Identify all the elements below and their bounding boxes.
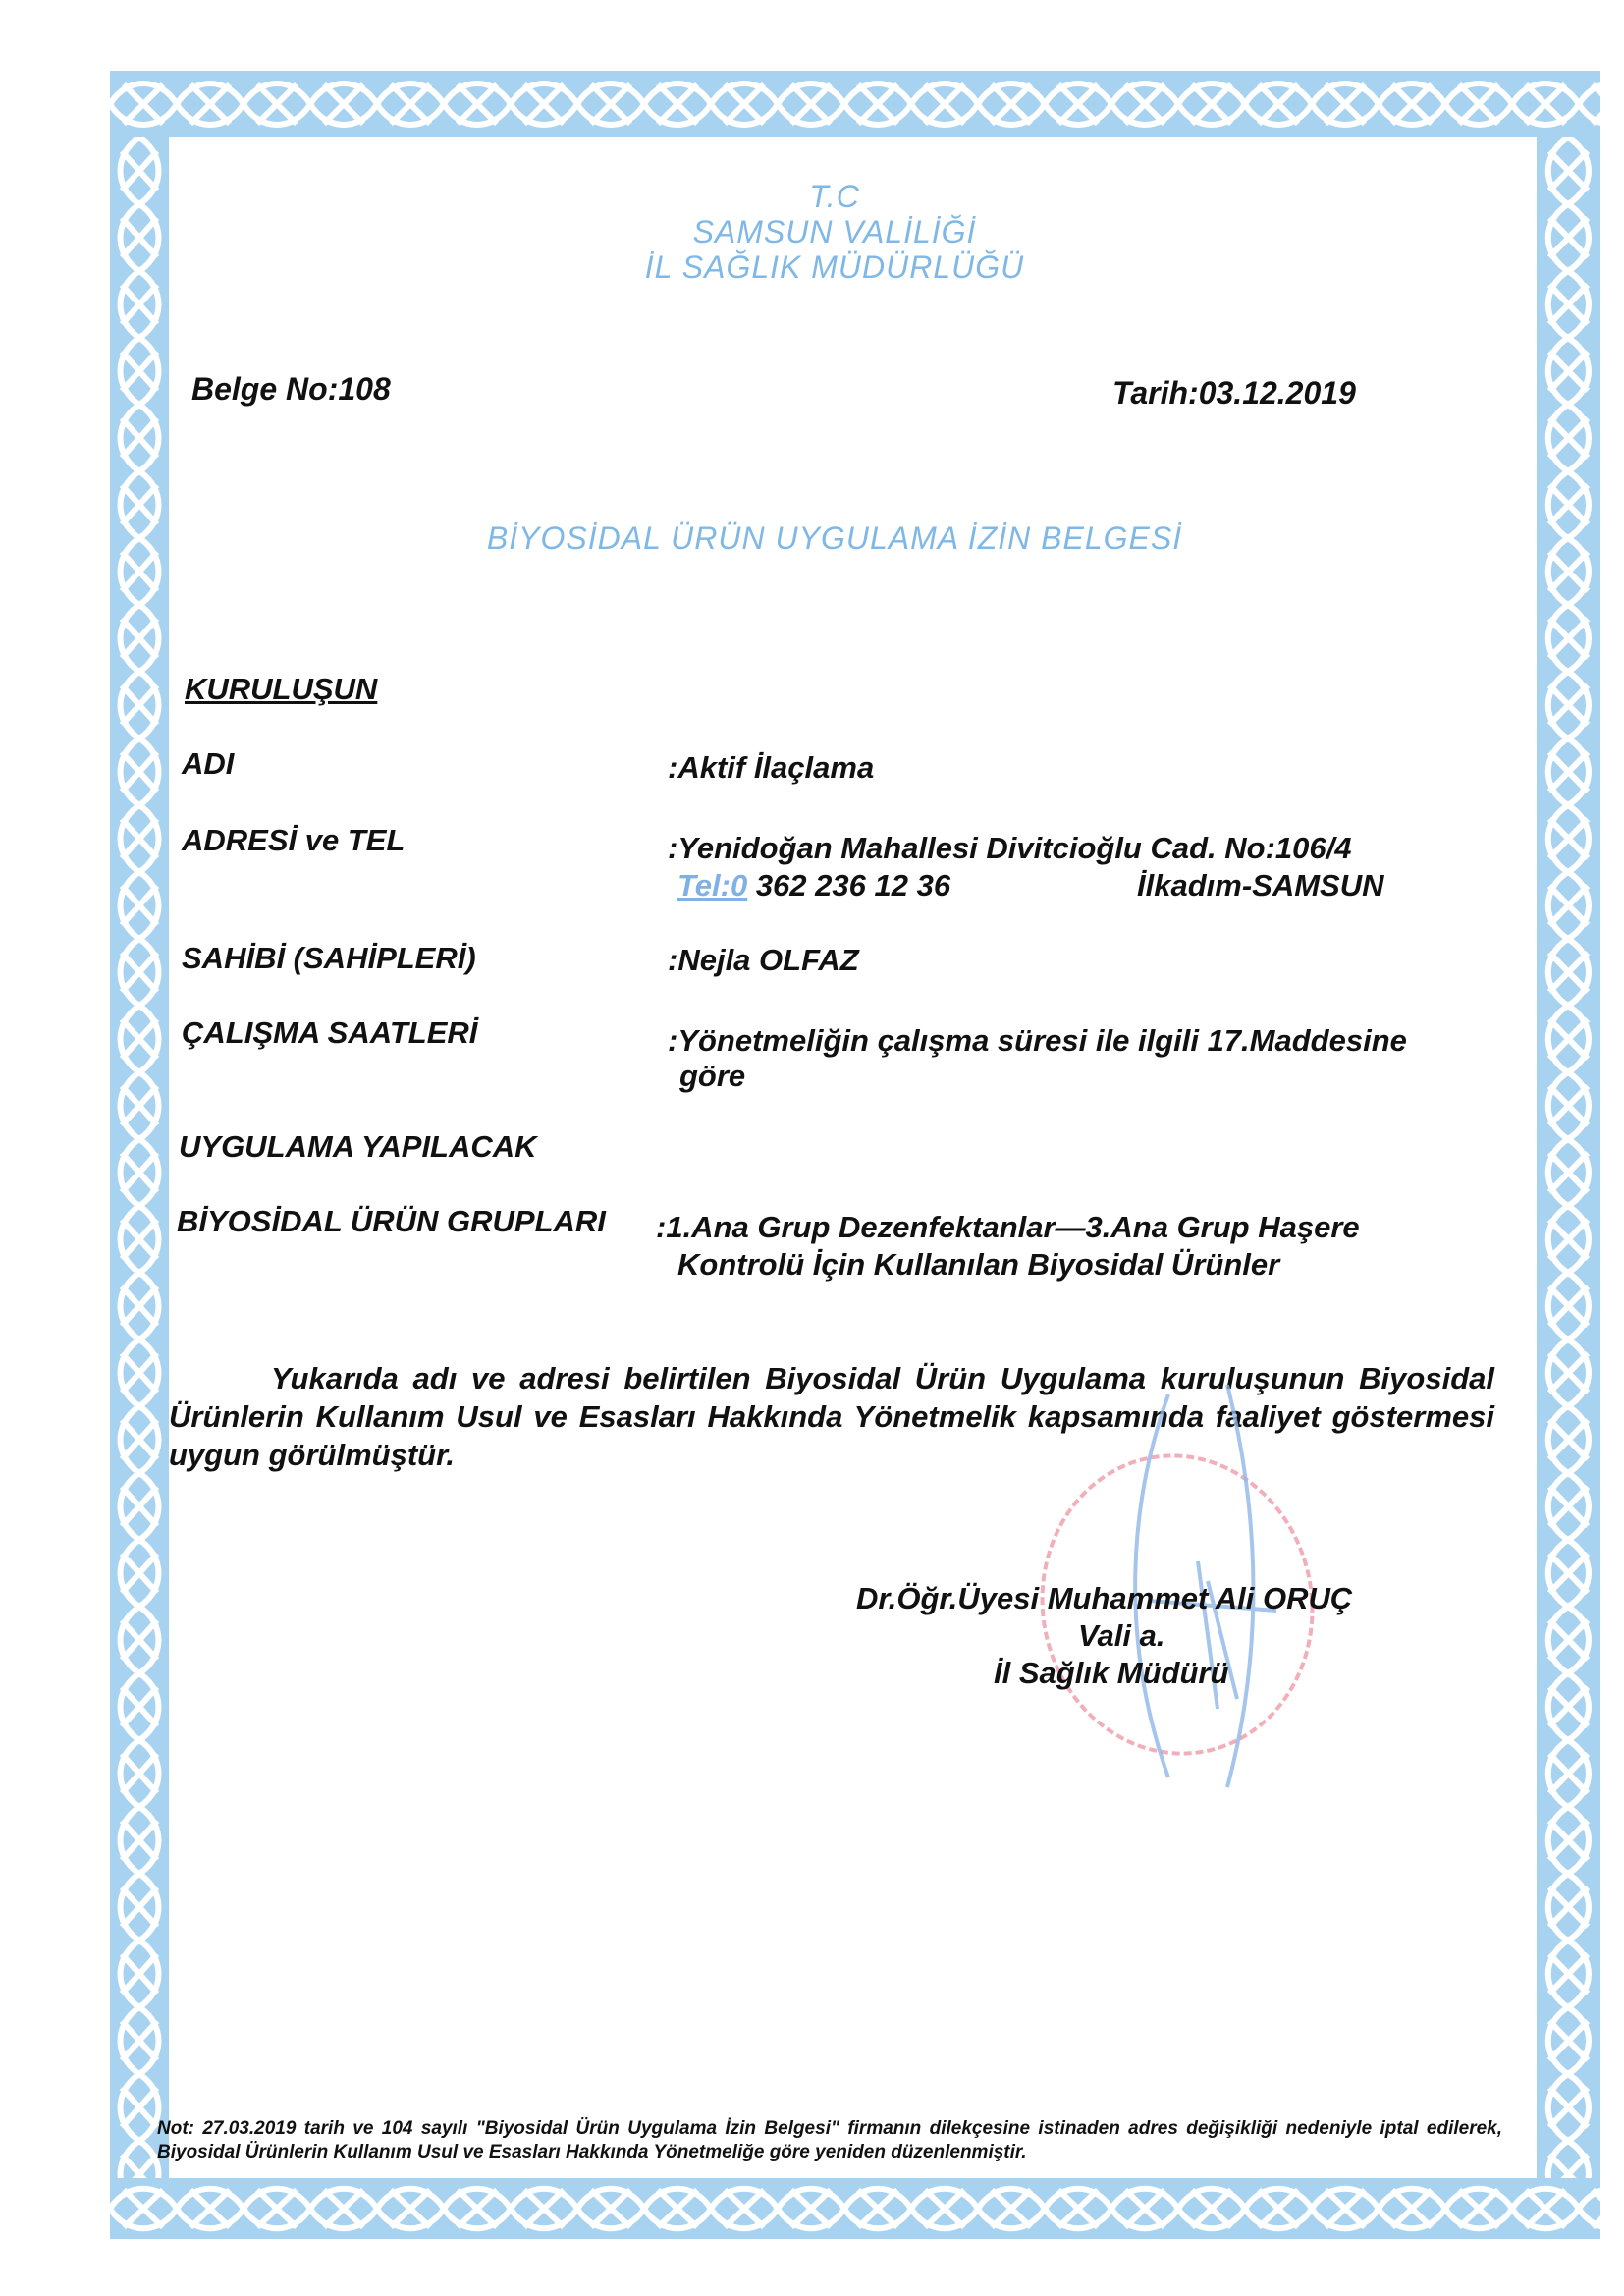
signatory-role-director: İl Sağlık Müdürü	[994, 1656, 1228, 1691]
field-owner-label: SAHİBİ (SAHİPLERİ)	[182, 941, 476, 976]
field-hours-label: ÇALIŞMA SAATLERİ	[182, 1015, 477, 1051]
celtic-knot-left	[110, 137, 169, 2178]
celtic-knot-top	[110, 71, 1600, 137]
celtic-knot-right	[1537, 137, 1600, 2178]
field-name-value: :Aktif İlaçlama	[668, 750, 874, 786]
field-address-value: :Yenidoğan Mahallesi Divitcioğlu Cad. No…	[668, 831, 1352, 866]
document-title: BİYOSİDAL ÜRÜN UYGULAMA İZİN BELGESİ	[432, 520, 1237, 557]
approval-paragraph: Yukarıda adı ve adresi belirtilen Biyosi…	[169, 1359, 1494, 1474]
document-number: Belge No:108	[191, 371, 391, 408]
header-health-directorate: İL SAĞLIK MÜDÜRLÜĞÜ	[569, 249, 1100, 286]
field-hours-value-cont: göre	[679, 1059, 745, 1094]
header-governorship: SAMSUN VALİLİĞİ	[589, 214, 1080, 250]
section-heading: KURULUŞUN	[185, 672, 377, 707]
field-groups-label-2: BİYOSİDAL ÜRÜN GRUPLARI	[177, 1204, 606, 1239]
tel-prefix: Tel:0	[677, 868, 747, 902]
celtic-knot-bottom	[110, 2178, 1600, 2239]
document-date: Tarih:03.12.2019	[1112, 375, 1356, 411]
field-address-label: ADRESİ ve TEL	[182, 823, 405, 858]
field-name-label: ADI	[182, 746, 234, 782]
field-groups-label-1: UYGULAMA YAPILACAK	[179, 1129, 537, 1165]
footer-note: Not: 27.03.2019 tarih ve 104 sayılı "Biy…	[157, 2117, 1502, 2164]
tel-number: 362 236 12 36	[747, 868, 950, 902]
header-tc: T.C	[628, 179, 1041, 215]
signatory-role-governor: Vali a.	[1078, 1618, 1164, 1654]
field-owner-value: :Nejla OLFAZ	[668, 943, 859, 978]
field-phone: Tel:0 362 236 12 36	[677, 868, 950, 903]
field-hours-value: :Yönetmeliğin çalışma süresi ile ilgili …	[668, 1023, 1407, 1059]
signatory-name: Dr.Öğr.Üyesi Muhammet Ali ORUÇ	[856, 1581, 1352, 1616]
field-groups-value-cont: Kontrolü İçin Kullanılan Biyosidal Ürünl…	[677, 1247, 1279, 1283]
field-district: İlkadım-SAMSUN	[1137, 868, 1383, 903]
field-groups-value: :1.Ana Grup Dezenfektanlar—3.Ana Grup Ha…	[656, 1210, 1360, 1245]
